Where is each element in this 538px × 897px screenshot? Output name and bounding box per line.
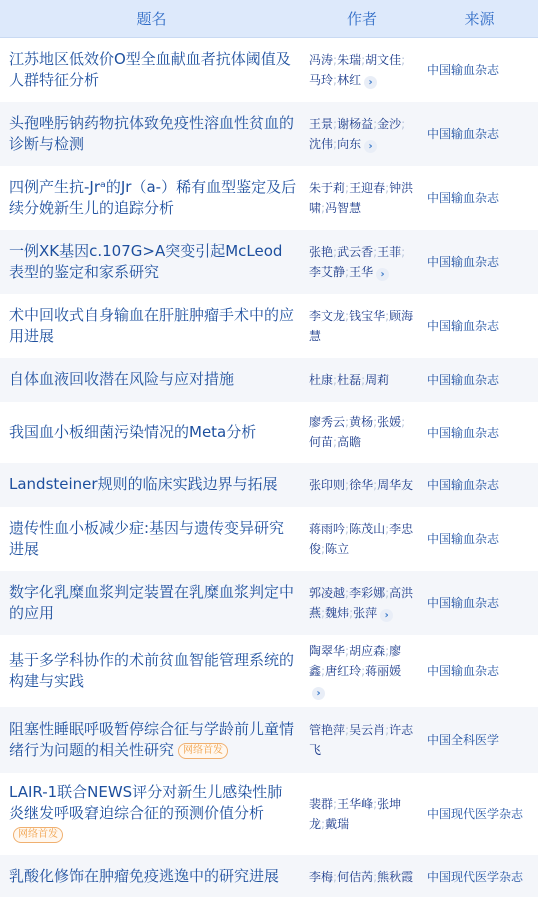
table-row: 数字化乳糜血浆判定装置在乳糜血浆判定中的应用郭凌越;李彩娜;高洪燕;魏炜;张萍›… <box>0 571 538 635</box>
author-link[interactable]: 沈伟 <box>309 137 333 151</box>
source-link[interactable]: 中国输血杂志 <box>421 166 538 230</box>
table-row: Landsteiner规则的临床实践边界与拓展张印则;徐华;周华友中国输血杂志 <box>0 463 538 507</box>
column-header-author[interactable]: 作者 <box>303 0 421 38</box>
title-cell: 基于多学科协作的术前贫血智能管理系统的构建与实践 <box>0 635 303 707</box>
author-link[interactable]: 胡应森 <box>349 644 385 658</box>
author-separator: ; <box>401 117 405 131</box>
author-link[interactable]: 谢杨益 <box>337 117 373 131</box>
online-first-badge: 网络首发 <box>178 743 228 759</box>
author-link[interactable]: 熊秋霞 <box>377 870 413 884</box>
author-link[interactable]: 张印则 <box>309 478 345 492</box>
author-separator: ; <box>401 53 405 67</box>
author-link[interactable]: 陈茂山 <box>349 522 385 536</box>
title-cell: 江苏地区低效价O型全血献血者抗体阈值及人群特征分析 <box>0 38 303 102</box>
author-link[interactable]: 张艳 <box>309 245 333 259</box>
article-title-link[interactable]: 我国血小板细菌污染情况的Meta分析 <box>9 423 256 441</box>
author-link[interactable]: 王景 <box>309 117 333 131</box>
title-cell: 遗传性血小板减少症:基因与遗传变异研究进展 <box>0 507 303 571</box>
article-title-link[interactable]: 自体血液回收潜在风险与应对措施 <box>9 370 234 388</box>
author-link[interactable]: 武云香 <box>337 245 373 259</box>
author-link[interactable]: 高瞻 <box>337 435 361 449</box>
author-link[interactable]: 向东 <box>337 137 361 151</box>
author-link[interactable]: 王华峰 <box>337 797 373 811</box>
author-link[interactable]: 戴瑞 <box>325 817 349 831</box>
source-link[interactable]: 中国输血杂志 <box>421 463 538 507</box>
author-cell: 管艳萍;吴云肖;许志飞 <box>303 707 421 773</box>
chevron-right-icon[interactable]: › <box>312 687 325 700</box>
author-link[interactable]: 杜磊 <box>337 373 361 387</box>
article-title-link[interactable]: 一例XK基因c.107G>A突变引起McLeod表型的鉴定和家系研究 <box>9 242 282 281</box>
author-link[interactable]: 金沙 <box>377 117 401 131</box>
author-cell: 张印则;徐华;周华友 <box>303 463 421 507</box>
author-link[interactable]: 钱宝华 <box>349 309 385 323</box>
author-cell: 冯涛;朱瑞;胡文佳;马玲;林红› <box>303 38 421 102</box>
article-title-link[interactable]: 四例产生抗-Jrᵃ的Jr（a-）稀有血型鉴定及后续分娩新生儿的追踪分析 <box>9 178 296 217</box>
title-cell: 术中回收式自身输血在肝脏肿瘤手术中的应用进展 <box>0 294 303 358</box>
author-link[interactable]: 王菲 <box>377 245 401 259</box>
article-title-link[interactable]: 江苏地区低效价O型全血献血者抗体阈值及人群特征分析 <box>9 50 291 89</box>
article-title-link[interactable]: 遗传性血小板减少症:基因与遗传变异研究进展 <box>9 519 284 558</box>
search-results-table: 题名 作者 来源 江苏地区低效价O型全血献血者抗体阈值及人群特征分析冯涛;朱瑞;… <box>0 0 538 897</box>
title-cell: 乳酸化修饰在肿瘤免疫逃逸中的研究进展 <box>0 855 303 897</box>
article-title-link[interactable]: Landsteiner规则的临床实践边界与拓展 <box>9 475 278 493</box>
author-cell: 裴群;王华峰;张坤龙;戴瑞 <box>303 773 421 855</box>
article-title-link[interactable]: 术中回收式自身输血在肝脏肿瘤手术中的应用进展 <box>9 306 294 345</box>
author-separator: ; <box>401 415 405 429</box>
source-link[interactable]: 中国输血杂志 <box>421 294 538 358</box>
table-row: 头孢唑肟钠药物抗体致免疫性溶血性贫血的诊断与检测王景;谢杨益;金沙;沈伟;向东›… <box>0 102 538 166</box>
table-row: LAIR-1联合NEWS评分对新生儿感染性肺炎继发呼吸窘迫综合征的预测价值分析网… <box>0 773 538 855</box>
author-cell: 郭凌越;李彩娜;高洪燕;魏炜;张萍› <box>303 571 421 635</box>
table-row: 基于多学科协作的术前贫血智能管理系统的构建与实践陶翠华;胡应森;廖鑫;唐红玲;蒋… <box>0 635 538 707</box>
source-link[interactable]: 中国输血杂志 <box>421 38 538 102</box>
title-cell: 阻塞性睡眠呼吸暂停综合征与学龄前儿童情绪行为问题的相关性研究网络首发 <box>0 707 303 773</box>
author-link[interactable]: 廖秀云 <box>309 415 345 429</box>
author-link[interactable]: 郭凌越 <box>309 586 345 600</box>
table-row: 四例产生抗-Jrᵃ的Jr（a-）稀有血型鉴定及后续分娩新生儿的追踪分析朱于莉;王… <box>0 166 538 230</box>
table-row: 江苏地区低效价O型全血献血者抗体阈值及人群特征分析冯涛;朱瑞;胡文佳;马玲;林红… <box>0 38 538 102</box>
author-link[interactable]: 王华 <box>349 265 373 279</box>
title-cell: 四例产生抗-Jrᵃ的Jr（a-）稀有血型鉴定及后续分娩新生儿的追踪分析 <box>0 166 303 230</box>
author-link[interactable]: 周莉 <box>365 373 389 387</box>
author-link[interactable]: 蒋雨吟 <box>309 522 345 536</box>
author-separator: ; <box>401 245 405 259</box>
table-row: 一例XK基因c.107G>A突变引起McLeod表型的鉴定和家系研究张艳;武云香… <box>0 230 538 294</box>
author-link[interactable]: 朱于莉 <box>309 181 345 195</box>
author-link[interactable]: 朱瑞 <box>337 53 361 67</box>
author-link[interactable]: 冯智慧 <box>325 201 361 215</box>
article-title-link[interactable]: 阻塞性睡眠呼吸暂停综合征与学龄前儿童情绪行为问题的相关性研究 <box>9 720 294 759</box>
author-link[interactable]: 裴群 <box>309 797 333 811</box>
author-link[interactable]: 冯涛 <box>309 53 333 67</box>
table-row: 阻塞性睡眠呼吸暂停综合征与学龄前儿童情绪行为问题的相关性研究网络首发管艳萍;吴云… <box>0 707 538 773</box>
source-link[interactable]: 中国输血杂志 <box>421 571 538 635</box>
author-link[interactable]: 陈立 <box>325 542 349 556</box>
author-cell: 蒋雨吟;陈茂山;李忠俊;陈立 <box>303 507 421 571</box>
author-link[interactable]: 李梅 <box>309 870 333 884</box>
author-link[interactable]: 陶翠华 <box>309 644 345 658</box>
source-link[interactable]: 中国输血杂志 <box>421 230 538 294</box>
online-first-badge: 网络首发 <box>13 827 63 843</box>
author-cell: 廖秀云;黄杨;张媛;何苗;高瞻 <box>303 402 421 463</box>
title-cell: 头孢唑肟钠药物抗体致免疫性溶血性贫血的诊断与检测 <box>0 102 303 166</box>
source-link[interactable]: 中国输血杂志 <box>421 507 538 571</box>
author-link[interactable]: 张媛 <box>377 415 401 429</box>
author-cell: 李文龙;钱宝华;顾海慧 <box>303 294 421 358</box>
source-link[interactable]: 中国输血杂志 <box>421 102 538 166</box>
author-link[interactable]: 吴云肖 <box>349 723 385 737</box>
author-cell: 李梅;何佶芮;熊秋霞 <box>303 855 421 897</box>
author-link[interactable]: 马玲 <box>309 73 333 87</box>
title-cell: 数字化乳糜血浆判定装置在乳糜血浆判定中的应用 <box>0 571 303 635</box>
table-row: 我国血小板细菌污染情况的Meta分析廖秀云;黄杨;张媛;何苗;高瞻中国输血杂志 <box>0 402 538 463</box>
source-link[interactable]: 中国全科医学 <box>421 707 538 773</box>
table-row: 遗传性血小板减少症:基因与遗传变异研究进展蒋雨吟;陈茂山;李忠俊;陈立中国输血杂… <box>0 507 538 571</box>
article-title-link[interactable]: 数字化乳糜血浆判定装置在乳糜血浆判定中的应用 <box>9 583 294 622</box>
article-title-link[interactable]: LAIR-1联合NEWS评分对新生儿感染性肺炎继发呼吸窘迫综合征的预测价值分析 <box>9 783 282 822</box>
title-cell: 我国血小板细菌污染情况的Meta分析 <box>0 402 303 463</box>
author-link[interactable]: 李文龙 <box>309 309 345 323</box>
author-link[interactable]: 张萍 <box>353 606 377 620</box>
title-cell: 一例XK基因c.107G>A突变引起McLeod表型的鉴定和家系研究 <box>0 230 303 294</box>
title-cell: LAIR-1联合NEWS评分对新生儿感染性肺炎继发呼吸窘迫综合征的预测价值分析网… <box>0 773 303 855</box>
source-link[interactable]: 中国输血杂志 <box>421 358 538 402</box>
author-link[interactable]: 蒋丽媛 <box>365 664 401 678</box>
source-link[interactable]: 中国输血杂志 <box>421 402 538 463</box>
author-link[interactable]: 李艾静 <box>309 265 345 279</box>
author-link[interactable]: 魏炜 <box>325 606 349 620</box>
author-cell: 陶翠华;胡应森;廖鑫;唐红玲;蒋丽媛› <box>303 635 421 707</box>
chevron-right-icon[interactable]: › <box>376 268 389 281</box>
chevron-right-icon[interactable]: › <box>380 609 393 622</box>
column-header-source[interactable]: 来源 <box>421 0 538 38</box>
author-link[interactable]: 何苗 <box>309 435 333 449</box>
chevron-right-icon[interactable]: › <box>364 140 377 153</box>
author-link[interactable]: 林红 <box>337 73 361 87</box>
title-cell: 自体血液回收潜在风险与应对措施 <box>0 358 303 402</box>
author-cell: 朱于莉;王迎春;钟洪啸;冯智慧 <box>303 166 421 230</box>
author-cell: 杜康;杜磊;周莉 <box>303 358 421 402</box>
author-cell: 王景;谢杨益;金沙;沈伟;向东› <box>303 102 421 166</box>
source-link[interactable]: 中国现代医学杂志 <box>421 855 538 897</box>
results-body: 江苏地区低效价O型全血献血者抗体阈值及人群特征分析冯涛;朱瑞;胡文佳;马玲;林红… <box>0 38 538 897</box>
table-row: 自体血液回收潜在风险与应对措施杜康;杜磊;周莉中国输血杂志 <box>0 358 538 402</box>
article-title-link[interactable]: 头孢唑肟钠药物抗体致免疫性溶血性贫血的诊断与检测 <box>9 114 294 153</box>
source-link[interactable]: 中国输血杂志 <box>421 635 538 707</box>
article-title-link[interactable]: 基于多学科协作的术前贫血智能管理系统的构建与实践 <box>9 651 294 690</box>
author-link[interactable]: 李彩娜 <box>349 586 385 600</box>
author-link[interactable]: 王迎春 <box>349 181 385 195</box>
author-cell: 张艳;武云香;王菲;李艾静;王华› <box>303 230 421 294</box>
author-link[interactable]: 管艳萍 <box>309 723 345 737</box>
author-link[interactable]: 唐红玲 <box>325 664 361 678</box>
author-link[interactable]: 黄杨 <box>349 415 373 429</box>
author-link[interactable]: 杜康 <box>309 373 333 387</box>
table-row: 乳酸化修饰在肿瘤免疫逃逸中的研究进展李梅;何佶芮;熊秋霞中国现代医学杂志 <box>0 855 538 897</box>
article-title-link[interactable]: 乳酸化修饰在肿瘤免疫逃逸中的研究进展 <box>9 867 279 885</box>
source-link[interactable]: 中国现代医学杂志 <box>421 773 538 855</box>
author-link[interactable]: 何佶芮 <box>337 870 373 884</box>
author-link[interactable]: 徐华 <box>349 478 373 492</box>
column-header-title[interactable]: 题名 <box>0 0 303 38</box>
table-row: 术中回收式自身输血在肝脏肿瘤手术中的应用进展李文龙;钱宝华;顾海慧中国输血杂志 <box>0 294 538 358</box>
author-link[interactable]: 胡文佳 <box>365 53 401 67</box>
title-cell: Landsteiner规则的临床实践边界与拓展 <box>0 463 303 507</box>
table-header: 题名 作者 来源 <box>0 0 538 38</box>
author-link[interactable]: 周华友 <box>377 478 413 492</box>
chevron-right-icon[interactable]: › <box>364 76 377 89</box>
